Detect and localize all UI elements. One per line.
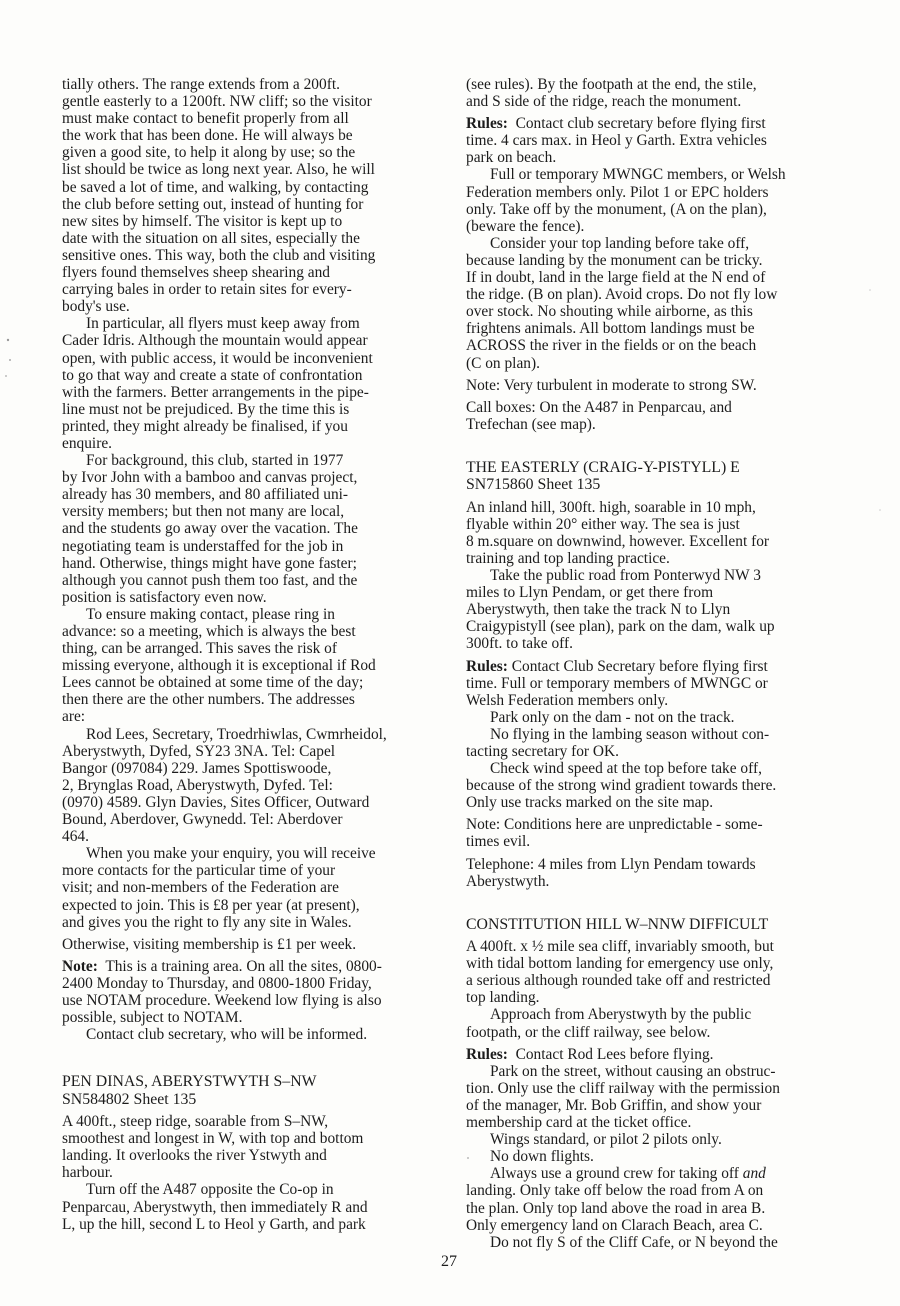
text-line: more contacts for the particular time of… [62, 862, 434, 879]
contact-paragraph: To ensure making contact, please ring in… [62, 606, 434, 726]
note-paragraph: Note: This is a training area. On all th… [62, 958, 434, 1043]
text-line: top landing. [466, 989, 846, 1006]
site-the-easterly: THE EASTERLY (CRAIG-Y-PISTYLL) E SN71586… [466, 459, 846, 890]
text-line: When you make your enquiry, you will rec… [62, 845, 434, 862]
site-heading: CONSTITUTION HILL W–NNW DIFFICULT [466, 916, 846, 933]
site-grid-ref: SN715860 Sheet 135 [466, 476, 846, 493]
text-line: because of the strong wind gradient towa… [466, 777, 846, 794]
emphasis: and [743, 1165, 766, 1182]
text-line: hand. Otherwise, things might have gone … [62, 555, 434, 572]
text-line: only. Take off by the monument, (A on th… [466, 201, 846, 218]
text-line: Bangor (097084) 229. James Spottiswoode, [62, 760, 434, 777]
text-line: Contact Rod Lees before flying. [508, 1046, 714, 1063]
text-line: membership card at the ticket office. [466, 1114, 846, 1131]
text-line: Approach from Aberystwyth by the public [466, 1006, 846, 1023]
rules-label: Rules: [466, 658, 508, 675]
text-line: carrying bales in order to retain sites … [62, 281, 434, 298]
text-line: new sites by himself. The visitor is kep… [62, 213, 434, 230]
text-line: Otherwise, visiting membership is £1 per… [62, 936, 434, 953]
text-line: (see rules). By the footpath at the end,… [466, 76, 846, 93]
text-line: body's use. [62, 298, 434, 315]
cader-idris-paragraph: In particular, all flyers must keep away… [62, 315, 434, 452]
text-line: L, up the hill, second L to Heol y Garth… [62, 1216, 434, 1233]
text-line: Park on the street, without causing an o… [466, 1063, 846, 1080]
text-line: To ensure making contact, please ring in [62, 606, 434, 623]
text-line: 8 m.square on downwind, however. Excelle… [466, 533, 846, 550]
text-line: list should be twice as long next year. … [62, 161, 434, 178]
text-line: with the farmers. Better arrangements in… [62, 384, 434, 401]
text-line: Note: Conditions here are unpredictable … [466, 816, 846, 833]
text-line: If in doubt, land in the large field at … [466, 269, 846, 286]
text-line: Lees cannot be obtained at some time of … [62, 674, 434, 691]
text-line: Telephone: 4 miles from Llyn Pendam towa… [466, 856, 846, 873]
text-line: Do not fly S of the Cliff Cafe, or N bey… [466, 1234, 846, 1251]
text-line: harbour. [62, 1164, 434, 1181]
text-line: For background, this club, started in 19… [62, 452, 434, 469]
text-line: Turn off the A487 opposite the Co-op in [62, 1181, 434, 1198]
text-line: Always use a ground crew for taking off [490, 1165, 743, 1182]
text-line: Aberystwyth. [466, 873, 846, 890]
text-line: No flying in the lambing season without … [466, 726, 846, 743]
text-line: negotiating team is understaffed for the… [62, 538, 434, 555]
text-line: Park only on the dam - not on the track. [466, 709, 846, 726]
note-label: Note: [62, 958, 98, 975]
text-line: versity members; but then not many are l… [62, 503, 434, 520]
text-line: Aberystwyth, then take the track N to Ll… [466, 601, 846, 618]
text-line: landing. It overlooks the river Ystwyth … [62, 1147, 434, 1164]
text-line: (C on plan). [466, 355, 846, 372]
text-line: printed, they might already be finalised… [62, 418, 434, 435]
text-line: time. Full or temporary members of MWNGC… [466, 675, 846, 692]
site-constitution-hill: CONSTITUTION HILL W–NNW DIFFICULT A 400f… [466, 916, 846, 1251]
text-line: Penparcau, Aberystwyth, then immediately… [62, 1199, 434, 1216]
text-line: Contact club secretary, who will be info… [62, 1026, 434, 1043]
enquiry-paragraph: When you make your enquiry, you will rec… [62, 845, 434, 953]
text-line: with tidal bottom landing for emergency … [466, 955, 846, 972]
text-line: sensitive ones. This way, both the club … [62, 247, 434, 264]
text-line: Cader Idris. Although the mountain would… [62, 332, 434, 349]
text-line: already has 30 members, and 80 affiliate… [62, 486, 434, 503]
text-line: A 400ft., steep ridge, soarable from S–N… [62, 1113, 434, 1130]
text-line: missing everyone, although it is excepti… [62, 657, 434, 674]
site-heading: THE EASTERLY (CRAIG-Y-PISTYLL) E [466, 459, 846, 476]
text-line: Welsh Federation members only. [466, 692, 846, 709]
text-line: In particular, all flyers must keep away… [62, 315, 434, 332]
rules-label: Rules: [466, 115, 508, 132]
text-line: over stock. No shouting while airborne, … [466, 303, 846, 320]
text-line: because landing by the monument can be t… [466, 252, 846, 269]
text-line: a serious although rounded take off and … [466, 972, 846, 989]
text-line: expected to join. This is £8 per year (a… [62, 897, 434, 914]
text-line: to go that way and create a state of con… [62, 367, 434, 384]
text-line: Federation members only. Pilot 1 or EPC … [466, 184, 846, 201]
text-line: open, with public access, it would be in… [62, 350, 434, 367]
rules-label: Rules: [466, 1046, 508, 1063]
text-line: Bound, Aberdover, Gwynedd. Tel: Aberdove… [62, 811, 434, 828]
text-line: An inland hill, 300ft. high, soarable in… [466, 499, 846, 516]
text-line: Consider your top landing before take of… [466, 235, 846, 252]
text-line: and gives you the right to fly any site … [62, 914, 434, 931]
text-line: Only use tracks marked on the site map. [466, 794, 846, 811]
text-line: must make contact to benefit properly fr… [62, 110, 434, 127]
text-line: Contact club secretary before flying fir… [508, 115, 766, 132]
intro-paragraph: tially others. The range extends from a … [62, 76, 434, 315]
text-line: frightens animals. All bottom landings m… [466, 320, 846, 337]
text-line: be saved a lot of time, and walking, by … [62, 179, 434, 196]
text-line: by Ivor John with a bamboo and canvas pr… [62, 469, 434, 486]
text-line: time. 4 cars max. in Heol y Garth. Extra… [466, 132, 846, 149]
text-line: Contact Club Secretary before flying fir… [508, 658, 768, 675]
text-line: ACROSS the river in the fields or on the… [466, 337, 846, 354]
text-line: the plan. Only top land above the road i… [466, 1200, 846, 1217]
text-line: line must not be prejudiced. By the time… [62, 401, 434, 418]
text-line: gentle easterly to a 1200ft. NW cliff; s… [62, 93, 434, 110]
text-line: use NOTAM procedure. Weekend low flying … [62, 992, 434, 1009]
text-line: date with the situation on all sites, es… [62, 230, 434, 247]
right-column: (see rules). By the footpath at the end,… [466, 76, 846, 1251]
text-line: tion. Only use the cliff railway with th… [466, 1080, 846, 1097]
text-line: flyers found themselves sheep shearing a… [62, 264, 434, 281]
text-line: This is a training area. On all the site… [98, 958, 382, 975]
text-line: flyable within 20° either way. The sea i… [466, 516, 846, 533]
text-line: position is satisfactory even now. [62, 589, 434, 606]
text-line: times evil. [466, 833, 846, 850]
text-line: although you cannot push them too fast, … [62, 572, 434, 589]
text-line: the ridge. (B on plan). Avoid crops. Do … [466, 286, 846, 303]
text-line: A 400ft. x ½ mile sea cliff, invariably … [466, 938, 846, 955]
addresses-paragraph: Rod Lees, Secretary, Troedrhiwlas, Cwmrh… [62, 726, 434, 846]
text-line: enquire. [62, 435, 434, 452]
text-line: 2400 Monday to Thursday, and 0800-1800 F… [62, 975, 434, 992]
site-pen-dinas: PEN DINAS, ABERYSTWYTH S–NW SN584802 She… [62, 1073, 434, 1232]
text-line: landing. Only take off below the road fr… [466, 1182, 846, 1199]
text-line: Note: Very turbulent in moderate to stro… [466, 377, 846, 394]
text-line: Craigypistyll (see plan), park on the da… [466, 618, 846, 635]
left-column: tially others. The range extends from a … [62, 76, 434, 1233]
text-line: No down flights. [466, 1148, 846, 1165]
text-line: and the students go away over the vacati… [62, 520, 434, 537]
text-line: (0970) 4589. Glyn Davies, Sites Officer,… [62, 794, 434, 811]
text-line: Trefechan (see map). [466, 416, 846, 433]
text-line: training and top landing practice. [466, 550, 846, 567]
text-line: visit; and non-members of the Federation… [62, 879, 434, 896]
text-line: and S side of the ridge, reach the monum… [466, 93, 846, 110]
text-line: Full or temporary MWNGC members, or Wels… [466, 166, 846, 183]
text-line: 464. [62, 828, 434, 845]
site-grid-ref: SN584802 Sheet 135 [62, 1091, 434, 1108]
text-line: the club before setting out, instead of … [62, 196, 434, 213]
background-paragraph: For background, this club, started in 19… [62, 452, 434, 606]
site-heading: PEN DINAS, ABERYSTWYTH S–NW [62, 1073, 434, 1090]
text-line: Rod Lees, Secretary, Troedrhiwlas, Cwmrh… [62, 726, 434, 743]
text-line: possible, subject to NOTAM. [62, 1009, 434, 1026]
text-line: advance: so a meeting, which is always t… [62, 623, 434, 640]
text-line: smoothest and longest in W, with top and… [62, 1130, 434, 1147]
text-line: park on beach. [466, 149, 846, 166]
text-line: 300ft. to take off. [466, 635, 846, 652]
text-line: Check wind speed at the top before take … [466, 760, 846, 777]
text-line: Call boxes: On the A487 in Penparcau, an… [466, 399, 846, 416]
text-line: given a good site, to help it along by u… [62, 144, 434, 161]
text-line: the work that has been done. He will alw… [62, 127, 434, 144]
text-line: footpath, or the cliff railway, see belo… [466, 1024, 846, 1041]
text-line: (beware the fence). [466, 218, 846, 235]
text-line: tially others. The range extends from a … [62, 76, 434, 93]
text-line: Wings standard, or pilot 2 pilots only. [466, 1131, 846, 1148]
text-line: of the manager, Mr. Bob Griffin, and sho… [466, 1097, 846, 1114]
text-line: Aberystwyth, Dyfed, SY23 3NA. Tel: Capel [62, 743, 434, 760]
text-line: 2, Brynglas Road, Aberystwyth, Dyfed. Te… [62, 777, 434, 794]
text-line: Take the public road from Ponterwyd NW 3 [466, 567, 846, 584]
text-line: are: [62, 708, 434, 725]
page-number: 27 [441, 1253, 457, 1271]
text-line: Only emergency land on Clarach Beach, ar… [466, 1217, 846, 1234]
text-line: tacting secretary for OK. [466, 743, 846, 760]
text-line: then there are the other numbers. The ad… [62, 691, 434, 708]
text-line: miles to Llyn Pendam, or get there from [466, 584, 846, 601]
text-line: thing, can be arranged. This saves the r… [62, 640, 434, 657]
pen-dinas-continued: (see rules). By the footpath at the end,… [466, 76, 846, 433]
